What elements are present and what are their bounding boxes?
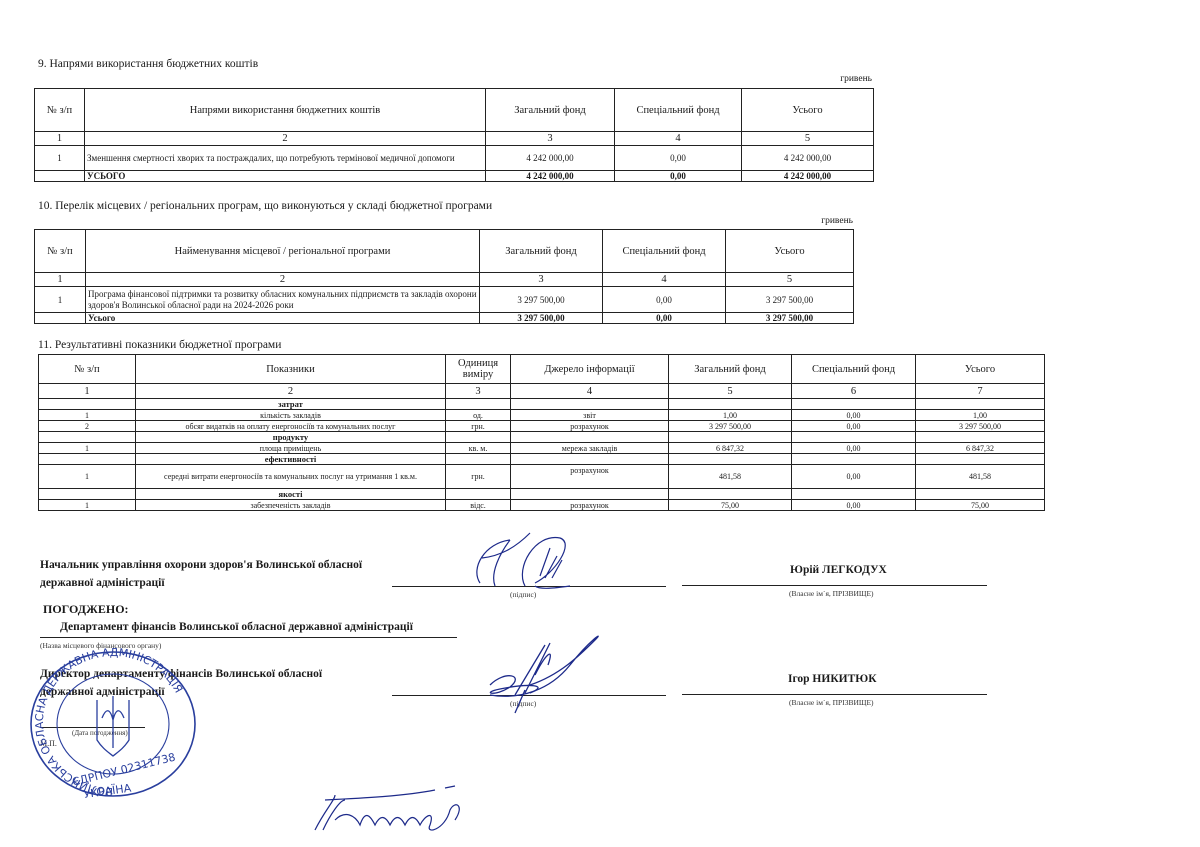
finance-org: Департамент фінансів Волинської обласної…	[60, 618, 413, 636]
unit: кв. м.	[446, 443, 511, 454]
total: 1,00	[916, 410, 1045, 421]
total: 3 297 500,00	[916, 421, 1045, 432]
source: розрахунок	[511, 465, 669, 489]
column-number: 1	[35, 132, 85, 146]
column-number: 3	[446, 384, 511, 399]
general-fund: 4 242 000,00	[486, 171, 615, 182]
official-stamp-icon: ВОЛИНСЬКА ОБЛАСНА ДЕРЖАВНА АДМІНІСТРАЦІЯ…	[22, 648, 204, 800]
total: 6 847,32	[916, 443, 1045, 454]
general-fund: 3 297 500,00	[480, 287, 603, 313]
source: розрахунок	[511, 500, 669, 511]
column-number: 2	[136, 384, 446, 399]
total: 75,00	[916, 500, 1045, 511]
section-9-unit: гривень	[800, 74, 872, 84]
source: розрахунок	[511, 421, 669, 432]
head-title-line1: Начальник управління охорони здоров'я Во…	[40, 556, 420, 574]
group-name: затрат	[136, 399, 446, 410]
column-number: 4	[603, 273, 726, 287]
column-number: 7	[916, 384, 1045, 399]
column-number: 4	[511, 384, 669, 399]
column-number: 5	[726, 273, 854, 287]
column-number: 6	[792, 384, 916, 399]
indicator-name: середні витрати енергоносіїв та комуналь…	[136, 465, 446, 489]
header-cell: Джерело інформації	[511, 355, 669, 384]
section-10-unit: гривень	[780, 216, 853, 226]
approved-label: ПОГОДЖЕНО:	[43, 600, 129, 618]
special-fund: 0,00	[792, 500, 916, 511]
row-number: 2	[39, 421, 136, 432]
section-11-title: 11. Результативні показники бюджетної пр…	[38, 339, 281, 351]
header-cell: Напрями використання бюджетних коштів	[85, 89, 486, 132]
special-fund: 0,00	[792, 465, 916, 489]
head-title: Начальник управління охорони здоров'я Во…	[40, 556, 420, 592]
total: 4 242 000,00	[742, 146, 874, 171]
unit: грн.	[446, 421, 511, 432]
general-fund: 481,58	[669, 465, 792, 489]
header-cell: № з/п	[35, 230, 86, 273]
general-fund: 75,00	[669, 500, 792, 511]
row-name: Зменшення смертності хворих та постражда…	[85, 146, 486, 171]
table-row: 1 забезпеченість закладів відс. розрахун…	[39, 500, 1045, 511]
special-fund: 0,00	[792, 443, 916, 454]
indicator-name: обсяг видатків на оплату енергоносіїв та…	[136, 421, 446, 432]
header-cell: Усього	[742, 89, 874, 132]
special-fund: 0,00	[603, 287, 726, 313]
row-number: 1	[39, 410, 136, 421]
general-fund: 1,00	[669, 410, 792, 421]
row-number: 1	[35, 146, 85, 171]
row-name: Програма фінансової підтримки та розвитк…	[86, 287, 480, 313]
row-number: 1	[39, 500, 136, 511]
director-signature-icon	[470, 615, 620, 715]
special-fund: 0,00	[615, 171, 742, 182]
total: 4 242 000,00	[742, 171, 874, 182]
source: мережа закладів	[511, 443, 669, 454]
general-fund: 4 242 000,00	[486, 146, 615, 171]
general-fund: 3 297 500,00	[480, 313, 603, 324]
table-row: 1 середні витрати енергоносіїв та комуна…	[39, 465, 1045, 489]
row-name: УСЬОГО	[85, 171, 486, 182]
header-cell: Одиниця виміру	[446, 355, 511, 384]
head-name: Юрій ЛЕГКОДУХ	[790, 561, 887, 579]
head-title-line2: державної адміністрації	[40, 574, 420, 592]
total: 481,58	[916, 465, 1045, 489]
source: звіт	[511, 410, 669, 421]
section-11-table: № з/п Показники Одиниця виміру Джерело і…	[38, 354, 1045, 511]
row-number: 1	[39, 465, 136, 489]
header-cell: № з/п	[39, 355, 136, 384]
unit: од.	[446, 410, 511, 421]
header-cell: Найменування місцевої / регіональної про…	[86, 230, 480, 273]
table-row: 1 кількість закладів од. звіт 1,00 0,00 …	[39, 410, 1045, 421]
group-name: якості	[136, 489, 446, 500]
head-signature-icon	[460, 528, 590, 592]
total: 3 297 500,00	[726, 287, 854, 313]
section-9-table: № з/п Напрями використання бюджетних кош…	[34, 88, 874, 182]
header-cell: Спеціальний фонд	[603, 230, 726, 273]
indicator-name: забезпеченість закладів	[136, 500, 446, 511]
indicator-name: кількість закладів	[136, 410, 446, 421]
group-row: затрат	[39, 399, 1045, 410]
row-number: 1	[39, 443, 136, 454]
group-name: продукту	[136, 432, 446, 443]
group-row: продукту	[39, 432, 1045, 443]
unit: грн.	[446, 465, 511, 489]
special-fund: 0,00	[603, 313, 726, 324]
director-name: Ігор НИКИТЮК	[788, 670, 877, 688]
column-number: 5	[742, 132, 874, 146]
total-row: Усього 3 297 500,00 0,00 3 297 500,00	[35, 313, 854, 324]
group-name: ефективності	[136, 454, 446, 465]
header-cell: Усього	[726, 230, 854, 273]
section-9-title: 9. Напрями використання бюджетних коштів	[38, 58, 258, 70]
column-number: 2	[85, 132, 486, 146]
header-cell: Спеціальний фонд	[792, 355, 916, 384]
section-10-title: 10. Перелік місцевих / регіональних прог…	[38, 200, 492, 212]
group-row: якості	[39, 489, 1045, 500]
group-row: ефективності	[39, 454, 1045, 465]
header-cell: Усього	[916, 355, 1045, 384]
general-fund: 3 297 500,00	[669, 421, 792, 432]
head-name-line	[682, 585, 987, 586]
general-fund: 6 847,32	[669, 443, 792, 454]
column-number: 3	[486, 132, 615, 146]
column-number: 1	[35, 273, 86, 287]
director-name-caption: (Власне ім`я, ПРІЗВИЩЕ)	[789, 698, 874, 707]
header-cell: Загальний фонд	[480, 230, 603, 273]
indicator-name: площа приміщень	[136, 443, 446, 454]
header-cell: Показники	[136, 355, 446, 384]
table-row: 1 Зменшення смертності хворих та постраж…	[35, 146, 874, 171]
bottom-signature-icon	[305, 780, 475, 840]
header-cell: Загальний фонд	[669, 355, 792, 384]
column-number: 2	[86, 273, 480, 287]
total-row: УСЬОГО 4 242 000,00 0,00 4 242 000,00	[35, 171, 874, 182]
header-cell: Спеціальний фонд	[615, 89, 742, 132]
section-10-table: № з/п Найменування місцевої / регіональн…	[34, 229, 854, 324]
special-fund: 0,00	[792, 421, 916, 432]
column-number: 1	[39, 384, 136, 399]
table-row: 2 обсяг видатків на оплату енергоносіїв …	[39, 421, 1045, 432]
table-row: 1 площа приміщень кв. м. мережа закладів…	[39, 443, 1045, 454]
special-fund: 0,00	[615, 146, 742, 171]
header-cell: № з/п	[35, 89, 85, 132]
director-name-line	[682, 694, 987, 695]
table-row: 1 Програма фінансової підтримки та розви…	[35, 287, 854, 313]
row-number	[35, 171, 85, 182]
head-name-caption: (Власне ім`я, ПРІЗВИЩЕ)	[789, 589, 874, 598]
special-fund: 0,00	[792, 410, 916, 421]
column-number: 5	[669, 384, 792, 399]
total: 3 297 500,00	[726, 313, 854, 324]
unit: відс.	[446, 500, 511, 511]
column-number: 3	[480, 273, 603, 287]
row-number	[35, 313, 86, 324]
row-name: Усього	[86, 313, 480, 324]
column-number: 4	[615, 132, 742, 146]
row-number: 1	[35, 287, 86, 313]
header-cell: Загальний фонд	[486, 89, 615, 132]
finance-org-line	[40, 637, 457, 638]
